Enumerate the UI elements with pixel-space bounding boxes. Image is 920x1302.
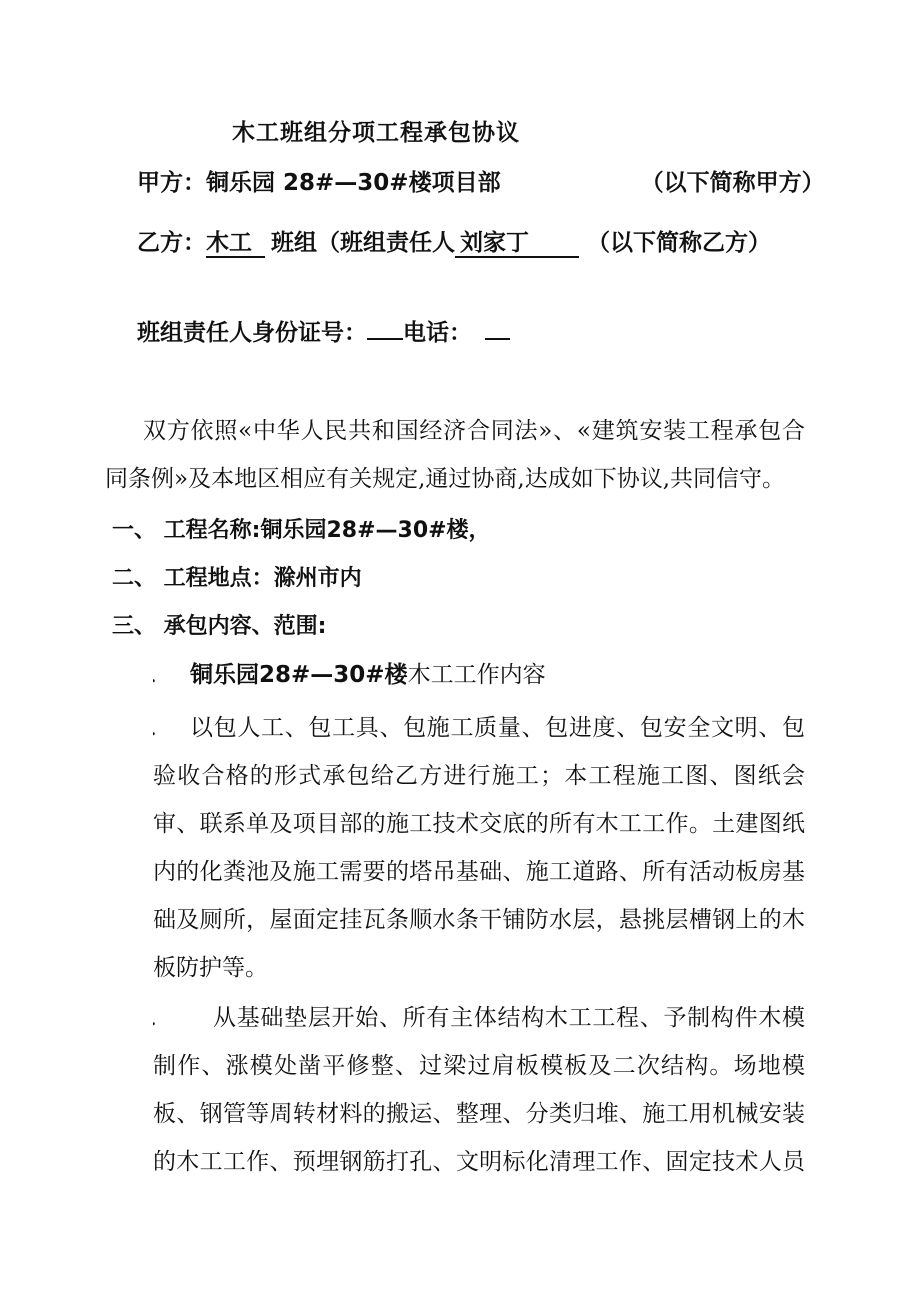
item-2-number: 2. [153, 704, 157, 752]
item-2-text: 以包人工、包工具、包施工质量、包进度、包安全文明、包验收合格的形式承包给乙方进行… [153, 715, 805, 981]
list-item-1: 1.铜乐园28#—30#楼木工工作内容 [153, 651, 805, 699]
party-b-alias: （以下简称乙方） [587, 230, 771, 256]
section-heading-project-name: 一、 工程名称:铜乐园28#—30#楼， [112, 507, 805, 555]
item-3-number: 3. [153, 994, 157, 1042]
item-1-number: 1. [153, 651, 157, 699]
list-item-3: 3.从基础垫层开始、所有主体结构木工工程、予制构件木模制作、涨模处凿平修整、过梁… [153, 994, 805, 1186]
section-heading-contract-scope: 三、 承包内容、范围: [112, 603, 805, 651]
page-title: 木工班组分项工程承包协议 [232, 109, 805, 157]
phone-label: 电话： [403, 320, 472, 346]
party-b-line: 乙方：木工班组（班组责任人刘家丁（以下简称乙方） [137, 219, 805, 267]
list-item-2: 2.以包人工、包工具、包施工质量、包进度、包安全文明、包验收合格的形式承包给乙方… [153, 704, 805, 992]
party-a-line: 甲方：铜乐园 28#—30#楼项目部（以下简称甲方） [137, 159, 805, 207]
party-b-mid: 班组（班组责任人 [271, 230, 455, 256]
item-1-bold-text: 铜乐园28#—30#楼 [190, 662, 408, 688]
section-heading-project-location: 二、 工程地点：滁州市内 [112, 555, 805, 603]
id-number-blank [367, 312, 403, 340]
party-b-prefix: 乙方： [137, 230, 206, 256]
document-page: 木工班组分项工程承包协议 甲方：铜乐园 28#—30#楼项目部（以下简称甲方） … [0, 0, 920, 1302]
id-number-line: 班组责任人身份证号：电话： [137, 309, 805, 357]
trade-name-underlined: 木工 [206, 230, 265, 258]
party-a-alias: （以下简称甲方） [641, 170, 825, 196]
item-3-text: 从基础垫层开始、所有主体结构木工工程、予制构件木模制作、涨模处凿平修整、过梁过肩… [153, 1005, 805, 1186]
preamble-paragraph: 双方依照«中华人民共和国经济合同法»、«建筑安装工程承包合同条例»及本地区相应有… [105, 407, 805, 503]
id-number-label: 班组责任人身份证号： [137, 320, 367, 346]
leader-name-underlined: 刘家丁 [455, 230, 579, 258]
item-1-text: 木工工作内容 [408, 662, 546, 688]
party-a-text: 甲方：铜乐园 28#—30#楼项目部 [137, 170, 501, 196]
phone-blank [485, 312, 510, 340]
